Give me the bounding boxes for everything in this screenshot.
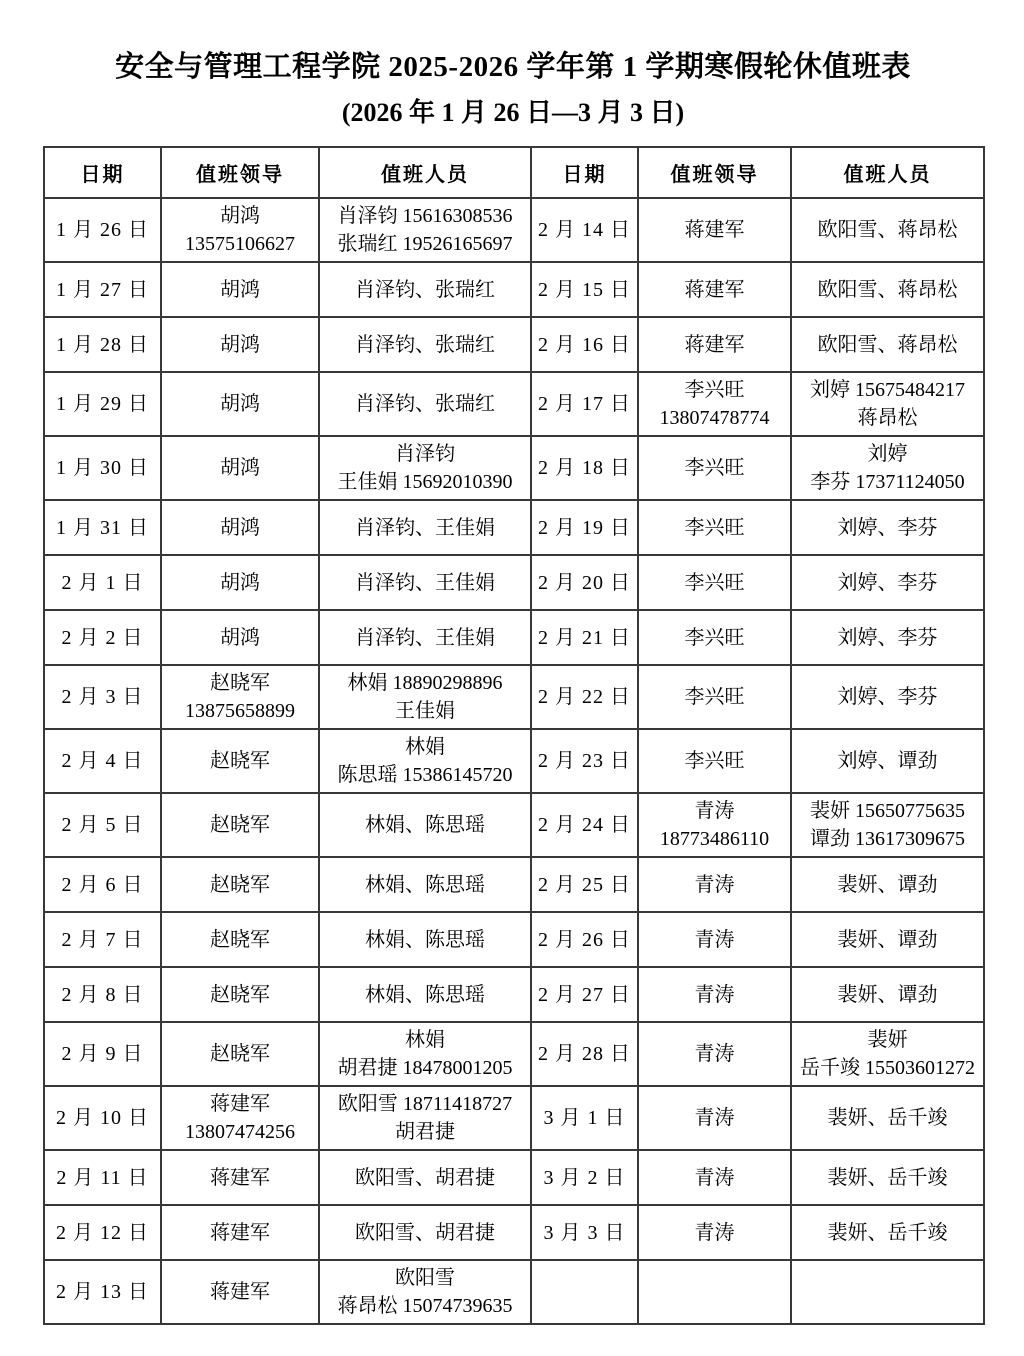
cell-line: 肖泽钧、王佳娟 [322, 624, 528, 652]
duty-leader-cell: 胡鸿13575106627 [161, 198, 319, 262]
cell-line: 胡君捷 [322, 1118, 528, 1146]
cell-line: 刘婷、李芬 [794, 514, 981, 542]
duty-leader-cell: 胡鸿 [161, 436, 319, 500]
duty-leader-cell: 蒋建军13807474256 [161, 1086, 319, 1150]
cell-line: 赵晓军 [164, 926, 316, 954]
cell-line: 2 月 16 日 [534, 331, 635, 359]
duty-leader-cell: 胡鸿 [161, 262, 319, 317]
cell-line: 裴妍、岳千竣 [794, 1104, 981, 1132]
duty-leader-cell: 蒋建军 [161, 1260, 319, 1324]
date-cell: 3 月 2 日 [531, 1150, 638, 1205]
date-cell: 2 月 26 日 [531, 912, 638, 967]
duty-personnel-cell: 裴妍、岳千竣 [791, 1205, 984, 1260]
cell-line: 青涛 [641, 1219, 788, 1247]
date-cell: 1 月 31 日 [44, 500, 161, 555]
cell-line: 2 月 22 日 [534, 683, 635, 711]
cell-line: 赵晓军 [164, 669, 316, 697]
cell-line: 欧阳雪 18711418727 [322, 1090, 528, 1118]
duty-personnel-cell: 肖泽钧、王佳娟 [319, 610, 531, 665]
table-row: 2 月 5 日赵晓军林娟、陈思瑶2 月 24 日青涛18773486110裴妍 … [44, 793, 984, 857]
table-row: 2 月 12 日蒋建军欧阳雪、胡君捷3 月 3 日青涛裴妍、岳千竣 [44, 1205, 984, 1260]
cell-line: 李兴旺 [641, 747, 788, 775]
document-page: 安全与管理工程学院 2025-2026 学年第 1 学期寒假轮休值班表 (202… [0, 0, 1024, 1356]
cell-line: 岳千竣 15503601272 [794, 1054, 981, 1082]
cell-line: 胡鸿 [164, 331, 316, 359]
cell-line: 3 月 2 日 [534, 1164, 635, 1192]
date-cell: 3 月 3 日 [531, 1205, 638, 1260]
duty-personnel-cell: 欧阳雪、蒋昂松 [791, 198, 984, 262]
date-cell: 2 月 6 日 [44, 857, 161, 912]
cell-line: 13807478774 [641, 404, 788, 432]
cell-line: 裴妍、谭劲 [794, 981, 981, 1009]
duty-leader-cell: 蒋建军 [161, 1205, 319, 1260]
table-header-row: 日期值班领导值班人员日期值班领导值班人员 [44, 147, 984, 198]
cell-line: 肖泽钧、王佳娟 [322, 569, 528, 597]
cell-line: 李芬 17371124050 [794, 468, 981, 496]
cell-line: 青涛 [641, 1040, 788, 1068]
date-cell: 3 月 1 日 [531, 1086, 638, 1150]
cell-line: 林娟 18890298896 [322, 669, 528, 697]
duty-leader-cell: 蒋建军 [638, 198, 791, 262]
cell-line: 肖泽钧 [322, 440, 528, 468]
cell-line: 2 月 26 日 [534, 926, 635, 954]
date-cell: 2 月 21 日 [531, 610, 638, 665]
table-row: 2 月 13 日蒋建军欧阳雪蒋昂松 15074739635 [44, 1260, 984, 1324]
table-row: 2 月 10 日蒋建军13807474256欧阳雪 18711418727胡君捷… [44, 1086, 984, 1150]
duty-personnel-cell: 林娟、陈思瑶 [319, 793, 531, 857]
duty-personnel-cell: 肖泽钧王佳娟 15692010390 [319, 436, 531, 500]
column-header-date: 日期 [531, 147, 638, 198]
cell-line: 青涛 [641, 981, 788, 1009]
column-header-duty-personnel: 值班人员 [319, 147, 531, 198]
cell-line: 蒋建军 [164, 1219, 316, 1247]
cell-line: 肖泽钧、张瑞红 [322, 331, 528, 359]
cell-line: 1 月 31 日 [47, 514, 158, 542]
cell-line: 胡鸿 [164, 514, 316, 542]
cell-line: 欧阳雪、蒋昂松 [794, 331, 981, 359]
cell-line: 2 月 10 日 [47, 1104, 158, 1132]
table-row: 2 月 1 日胡鸿肖泽钧、王佳娟2 月 20 日李兴旺刘婷、李芬 [44, 555, 984, 610]
cell-line: 青涛 [641, 1164, 788, 1192]
duty-leader-cell: 蒋建军 [161, 1150, 319, 1205]
cell-line: 王佳娟 [322, 697, 528, 725]
duty-personnel-cell: 肖泽钧 15616308536张瑞红 19526165697 [319, 198, 531, 262]
cell-line: 蒋昂松 15074739635 [322, 1292, 528, 1320]
cell-line: 2 月 5 日 [47, 811, 158, 839]
cell-line: 林娟 [322, 1026, 528, 1054]
cell-line: 赵晓军 [164, 747, 316, 775]
cell-line: 2 月 2 日 [47, 624, 158, 652]
cell-line: 1 月 26 日 [47, 216, 158, 244]
duty-personnel-cell: 肖泽钧、张瑞红 [319, 372, 531, 436]
duty-leader-cell: 蒋建军 [638, 317, 791, 372]
duty-personnel-cell: 裴妍、谭劲 [791, 857, 984, 912]
cell-line: 2 月 9 日 [47, 1040, 158, 1068]
duty-leader-cell: 李兴旺 [638, 436, 791, 500]
table-row: 1 月 27 日胡鸿肖泽钧、张瑞红2 月 15 日蒋建军欧阳雪、蒋昂松 [44, 262, 984, 317]
cell-line: 刘婷 [794, 440, 981, 468]
duty-leader-cell: 赵晓军13875658899 [161, 665, 319, 729]
column-header-duty-personnel: 值班人员 [791, 147, 984, 198]
cell-line: 欧阳雪 [322, 1264, 528, 1292]
cell-line: 胡鸿 [164, 202, 316, 230]
cell-line: 胡鸿 [164, 624, 316, 652]
duty-leader-cell: 青涛 [638, 1150, 791, 1205]
date-cell: 2 月 27 日 [531, 967, 638, 1022]
cell-line: 刘婷 15675484217 [794, 376, 981, 404]
duty-personnel-cell: 刘婷、李芬 [791, 665, 984, 729]
cell-line: 林娟、陈思瑶 [322, 811, 528, 839]
cell-line: 2 月 27 日 [534, 981, 635, 1009]
cell-line: 李兴旺 [641, 454, 788, 482]
cell-line: 林娟、陈思瑶 [322, 981, 528, 1009]
cell-line: 蒋昂松 [794, 404, 981, 432]
duty-personnel-cell: 林娟、陈思瑶 [319, 967, 531, 1022]
cell-line: 2 月 13 日 [47, 1278, 158, 1306]
cell-line: 李兴旺 [641, 624, 788, 652]
table-row: 1 月 29 日胡鸿肖泽钧、张瑞红2 月 17 日李兴旺13807478774刘… [44, 372, 984, 436]
duty-leader-cell: 李兴旺 [638, 500, 791, 555]
duty-leader-cell [638, 1260, 791, 1324]
duty-leader-cell: 李兴旺 [638, 665, 791, 729]
cell-line: 赵晓军 [164, 871, 316, 899]
date-cell: 1 月 27 日 [44, 262, 161, 317]
table-row: 2 月 3 日赵晓军13875658899林娟 18890298896王佳娟2 … [44, 665, 984, 729]
date-cell: 2 月 9 日 [44, 1022, 161, 1086]
cell-line: 13575106627 [164, 230, 316, 258]
date-cell: 1 月 29 日 [44, 372, 161, 436]
document-subtitle: (2026 年 1 月 26 日—3 月 3 日) [43, 96, 983, 130]
cell-line: 林娟、陈思瑶 [322, 926, 528, 954]
cell-line: 胡鸿 [164, 569, 316, 597]
cell-line: 刘婷、李芬 [794, 624, 981, 652]
duty-personnel-cell: 裴妍 15650775635谭劲 13617309675 [791, 793, 984, 857]
duty-leader-cell: 赵晓军 [161, 967, 319, 1022]
cell-line: 3 月 3 日 [534, 1219, 635, 1247]
date-cell [531, 1260, 638, 1324]
cell-line: 李兴旺 [641, 514, 788, 542]
date-cell: 1 月 28 日 [44, 317, 161, 372]
date-cell: 2 月 22 日 [531, 665, 638, 729]
table-row: 1 月 30 日胡鸿肖泽钧王佳娟 156920103902 月 18 日李兴旺刘… [44, 436, 984, 500]
date-cell: 2 月 11 日 [44, 1150, 161, 1205]
duty-personnel-cell: 裴妍、谭劲 [791, 912, 984, 967]
duty-personnel-cell [791, 1260, 984, 1324]
cell-line: 2 月 23 日 [534, 747, 635, 775]
column-header-date: 日期 [44, 147, 161, 198]
duty-leader-cell: 胡鸿 [161, 555, 319, 610]
cell-line: 2 月 4 日 [47, 747, 158, 775]
cell-line: 赵晓军 [164, 981, 316, 1009]
duty-personnel-cell: 裴妍、谭劲 [791, 967, 984, 1022]
cell-line: 裴妍、谭劲 [794, 871, 981, 899]
duty-leader-cell: 胡鸿 [161, 372, 319, 436]
duty-leader-cell: 赵晓军 [161, 857, 319, 912]
cell-line: 蒋建军 [641, 276, 788, 304]
date-cell: 2 月 24 日 [531, 793, 638, 857]
duty-leader-cell: 赵晓军 [161, 729, 319, 793]
duty-leader-cell: 青涛 [638, 967, 791, 1022]
cell-line: 2 月 6 日 [47, 871, 158, 899]
table-row: 2 月 4 日赵晓军林娟陈思瑶 153861457202 月 23 日李兴旺刘婷… [44, 729, 984, 793]
cell-line: 2 月 3 日 [47, 683, 158, 711]
cell-line: 张瑞红 19526165697 [322, 230, 528, 258]
cell-line: 刘婷、谭劲 [794, 747, 981, 775]
cell-line: 裴妍 [794, 1026, 981, 1054]
cell-line: 青涛 [641, 1104, 788, 1132]
duty-leader-cell: 胡鸿 [161, 317, 319, 372]
date-cell: 1 月 30 日 [44, 436, 161, 500]
cell-line: 3 月 1 日 [534, 1104, 635, 1132]
cell-line: 赵晓军 [164, 1040, 316, 1068]
column-header-duty-leader: 值班领导 [638, 147, 791, 198]
table-row: 2 月 9 日赵晓军林娟胡君捷 184780012052 月 28 日青涛裴妍岳… [44, 1022, 984, 1086]
date-cell: 2 月 18 日 [531, 436, 638, 500]
cell-line: 2 月 11 日 [47, 1164, 158, 1192]
table-row: 2 月 11 日蒋建军欧阳雪、胡君捷3 月 2 日青涛裴妍、岳千竣 [44, 1150, 984, 1205]
date-cell: 2 月 25 日 [531, 857, 638, 912]
cell-line: 2 月 15 日 [534, 276, 635, 304]
date-cell: 2 月 19 日 [531, 500, 638, 555]
table-row: 2 月 6 日赵晓军林娟、陈思瑶2 月 25 日青涛裴妍、谭劲 [44, 857, 984, 912]
table-row: 2 月 8 日赵晓军林娟、陈思瑶2 月 27 日青涛裴妍、谭劲 [44, 967, 984, 1022]
table-row: 2 月 7 日赵晓军林娟、陈思瑶2 月 26 日青涛裴妍、谭劲 [44, 912, 984, 967]
cell-line: 裴妍、岳千竣 [794, 1219, 981, 1247]
duty-personnel-cell: 欧阳雪、蒋昂松 [791, 317, 984, 372]
duty-leader-cell: 青涛 [638, 912, 791, 967]
cell-line: 欧阳雪、蒋昂松 [794, 216, 981, 244]
cell-line: 林娟 [322, 733, 528, 761]
cell-line: 蒋建军 [641, 216, 788, 244]
duty-leader-cell: 李兴旺 [638, 729, 791, 793]
cell-line: 2 月 25 日 [534, 871, 635, 899]
cell-line: 肖泽钧、张瑞红 [322, 276, 528, 304]
duty-personnel-cell: 林娟 18890298896王佳娟 [319, 665, 531, 729]
date-cell: 2 月 15 日 [531, 262, 638, 317]
table-row: 2 月 2 日胡鸿肖泽钧、王佳娟2 月 21 日李兴旺刘婷、李芬 [44, 610, 984, 665]
cell-line: 蒋建军 [164, 1090, 316, 1118]
duty-personnel-cell: 刘婷、李芬 [791, 555, 984, 610]
duty-leader-cell: 青涛18773486110 [638, 793, 791, 857]
duty-personnel-cell: 林娟陈思瑶 15386145720 [319, 729, 531, 793]
document-title: 安全与管理工程学院 2025-2026 学年第 1 学期寒假轮休值班表 [43, 48, 983, 86]
date-cell: 2 月 2 日 [44, 610, 161, 665]
date-cell: 2 月 14 日 [531, 198, 638, 262]
duty-personnel-cell: 林娟、陈思瑶 [319, 912, 531, 967]
date-cell: 2 月 17 日 [531, 372, 638, 436]
duty-leader-cell: 青涛 [638, 857, 791, 912]
cell-line: 蒋建军 [164, 1164, 316, 1192]
cell-line: 青涛 [641, 926, 788, 954]
duty-leader-cell: 赵晓军 [161, 1022, 319, 1086]
cell-line: 2 月 1 日 [47, 569, 158, 597]
cell-line: 青涛 [641, 797, 788, 825]
date-cell: 2 月 13 日 [44, 1260, 161, 1324]
cell-line: 2 月 20 日 [534, 569, 635, 597]
duty-personnel-cell: 欧阳雪、胡君捷 [319, 1150, 531, 1205]
cell-line: 2 月 24 日 [534, 811, 635, 839]
duty-personnel-cell: 裴妍、岳千竣 [791, 1150, 984, 1205]
cell-line: 肖泽钧、张瑞红 [322, 390, 528, 418]
cell-line: 13807474256 [164, 1118, 316, 1146]
cell-line: 18773486110 [641, 825, 788, 853]
cell-line: 1 月 28 日 [47, 331, 158, 359]
cell-line: 刘婷、李芬 [794, 569, 981, 597]
duty-personnel-cell: 刘婷、谭劲 [791, 729, 984, 793]
cell-line: 胡君捷 18478001205 [322, 1054, 528, 1082]
cell-line: 1 月 29 日 [47, 390, 158, 418]
duty-leader-cell: 李兴旺 [638, 555, 791, 610]
duty-leader-cell: 青涛 [638, 1205, 791, 1260]
date-cell: 2 月 8 日 [44, 967, 161, 1022]
duty-leader-cell: 青涛 [638, 1086, 791, 1150]
duty-roster-table: 日期值班领导值班人员日期值班领导值班人员 1 月 26 日胡鸿135751066… [43, 146, 985, 1325]
cell-line: 2 月 19 日 [534, 514, 635, 542]
cell-line: 蒋建军 [164, 1278, 316, 1306]
date-cell: 2 月 1 日 [44, 555, 161, 610]
duty-personnel-cell: 刘婷、李芬 [791, 610, 984, 665]
cell-line: 2 月 8 日 [47, 981, 158, 1009]
cell-line: 裴妍 15650775635 [794, 797, 981, 825]
cell-line: 2 月 14 日 [534, 216, 635, 244]
duty-personnel-cell: 欧阳雪、蒋昂松 [791, 262, 984, 317]
duty-personnel-cell: 欧阳雪、胡君捷 [319, 1205, 531, 1260]
cell-line: 欧阳雪、胡君捷 [322, 1164, 528, 1192]
duty-personnel-cell: 刘婷 15675484217蒋昂松 [791, 372, 984, 436]
date-cell: 2 月 20 日 [531, 555, 638, 610]
cell-line: 王佳娟 15692010390 [322, 468, 528, 496]
cell-line: 13875658899 [164, 697, 316, 725]
cell-line: 2 月 7 日 [47, 926, 158, 954]
duty-personnel-cell: 刘婷、李芬 [791, 500, 984, 555]
date-cell: 2 月 12 日 [44, 1205, 161, 1260]
cell-line: 胡鸿 [164, 276, 316, 304]
cell-line: 欧阳雪、胡君捷 [322, 1219, 528, 1247]
cell-line: 2 月 17 日 [534, 390, 635, 418]
duty-personnel-cell: 林娟胡君捷 18478001205 [319, 1022, 531, 1086]
table-row: 1 月 26 日胡鸿13575106627肖泽钧 15616308536张瑞红 … [44, 198, 984, 262]
cell-line: 胡鸿 [164, 454, 316, 482]
duty-personnel-cell: 欧阳雪蒋昂松 15074739635 [319, 1260, 531, 1324]
duty-leader-cell: 赵晓军 [161, 912, 319, 967]
duty-leader-cell: 蒋建军 [638, 262, 791, 317]
duty-personnel-cell: 肖泽钧、王佳娟 [319, 555, 531, 610]
duty-leader-cell: 李兴旺13807478774 [638, 372, 791, 436]
duty-personnel-cell: 裴妍岳千竣 15503601272 [791, 1022, 984, 1086]
cell-line: 林娟、陈思瑶 [322, 871, 528, 899]
cell-line: 谭劲 13617309675 [794, 825, 981, 853]
table-row: 1 月 28 日胡鸿肖泽钧、张瑞红2 月 16 日蒋建军欧阳雪、蒋昂松 [44, 317, 984, 372]
cell-line: 蒋建军 [641, 331, 788, 359]
cell-line: 赵晓军 [164, 811, 316, 839]
cell-line: 裴妍、谭劲 [794, 926, 981, 954]
column-header-duty-leader: 值班领导 [161, 147, 319, 198]
duty-leader-cell: 李兴旺 [638, 610, 791, 665]
duty-leader-cell: 胡鸿 [161, 610, 319, 665]
cell-line: 陈思瑶 15386145720 [322, 761, 528, 789]
cell-line: 胡鸿 [164, 390, 316, 418]
cell-line: 2 月 12 日 [47, 1219, 158, 1247]
cell-line: 2 月 18 日 [534, 454, 635, 482]
date-cell: 2 月 23 日 [531, 729, 638, 793]
duty-personnel-cell: 肖泽钧、张瑞红 [319, 262, 531, 317]
date-cell: 2 月 7 日 [44, 912, 161, 967]
cell-line: 青涛 [641, 871, 788, 899]
date-cell: 2 月 4 日 [44, 729, 161, 793]
date-cell: 2 月 10 日 [44, 1086, 161, 1150]
cell-line: 李兴旺 [641, 683, 788, 711]
duty-personnel-cell: 肖泽钧、张瑞红 [319, 317, 531, 372]
cell-line: 刘婷、李芬 [794, 683, 981, 711]
duty-personnel-cell: 欧阳雪 18711418727胡君捷 [319, 1086, 531, 1150]
cell-line: 肖泽钧、王佳娟 [322, 514, 528, 542]
table-row: 1 月 31 日胡鸿肖泽钧、王佳娟2 月 19 日李兴旺刘婷、李芬 [44, 500, 984, 555]
cell-line: 欧阳雪、蒋昂松 [794, 276, 981, 304]
cell-line: 李兴旺 [641, 569, 788, 597]
cell-line: 裴妍、岳千竣 [794, 1164, 981, 1192]
date-cell: 2 月 5 日 [44, 793, 161, 857]
cell-line: 1 月 27 日 [47, 276, 158, 304]
duty-leader-cell: 青涛 [638, 1022, 791, 1086]
cell-line: 1 月 30 日 [47, 454, 158, 482]
cell-line: 2 月 21 日 [534, 624, 635, 652]
cell-line: 李兴旺 [641, 376, 788, 404]
date-cell: 2 月 16 日 [531, 317, 638, 372]
duty-personnel-cell: 林娟、陈思瑶 [319, 857, 531, 912]
date-cell: 2 月 28 日 [531, 1022, 638, 1086]
duty-personnel-cell: 刘婷李芬 17371124050 [791, 436, 984, 500]
cell-line: 2 月 28 日 [534, 1040, 635, 1068]
cell-line: 肖泽钧 15616308536 [322, 202, 528, 230]
duty-personnel-cell: 肖泽钧、王佳娟 [319, 500, 531, 555]
duty-personnel-cell: 裴妍、岳千竣 [791, 1086, 984, 1150]
duty-leader-cell: 赵晓军 [161, 793, 319, 857]
duty-leader-cell: 胡鸿 [161, 500, 319, 555]
date-cell: 2 月 3 日 [44, 665, 161, 729]
date-cell: 1 月 26 日 [44, 198, 161, 262]
